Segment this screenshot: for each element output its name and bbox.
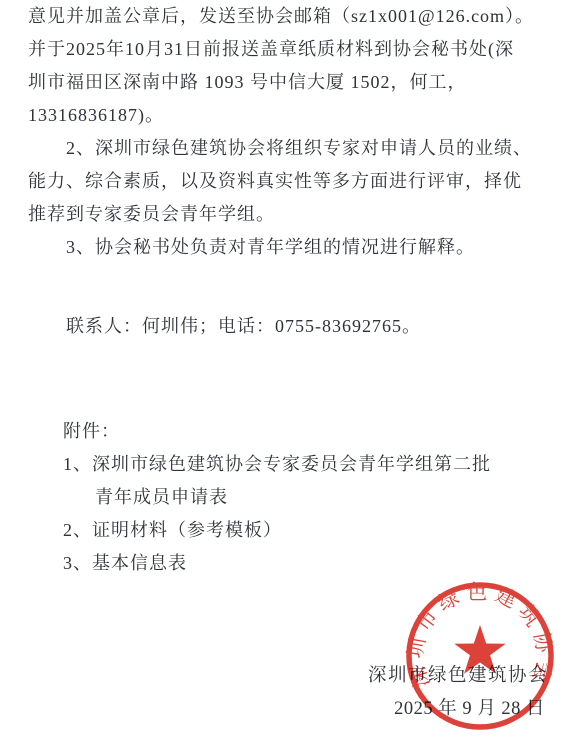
signature-org: 深圳市绿色建筑协会 <box>368 661 548 687</box>
body-line: 2、深圳市绿色建筑协会将组织专家对申请人员的业绩、 <box>28 132 558 165</box>
body-text: 意见并加盖公章后，发送至协会邮箱（sz1x001@126.com）。 并于202… <box>28 0 558 264</box>
attachment-item: 2、证明材料（参考模板） <box>63 514 563 547</box>
body-line: 13316836187)。 <box>28 99 558 132</box>
body-line: 意见并加盖公章后，发送至协会邮箱（sz1x001@126.com）。 <box>28 0 558 33</box>
contact-line: 联系人：何圳伟；电话：0755-83692765。 <box>28 310 558 343</box>
body-line: 圳市福田区深南中路 1093 号中信大厦 1502，何工， <box>28 66 558 99</box>
attachments-heading: 附件： <box>63 415 563 448</box>
attachment-item-continuation: 青年成员申请表 <box>95 481 563 514</box>
body-line: 并于2025年10月31日前报送盖章纸质材料到协会秘书处(深 <box>28 33 558 66</box>
document-page: 意见并加盖公章后，发送至协会邮箱（sz1x001@126.com）。 并于202… <box>0 0 580 755</box>
body-line: 能力、综合素质，以及资料真实性等多方面进行评审，择优 <box>28 165 558 198</box>
attachment-item: 3、基本信息表 <box>63 547 563 580</box>
attachments-list: 附件： 1、深圳市绿色建筑协会专家委员会青年学组第二批 青年成员申请表 2、证明… <box>63 415 563 580</box>
body-line: 推荐到专家委员会青年学组。 <box>28 198 558 231</box>
attachment-item: 1、深圳市绿色建筑协会专家委员会青年学组第二批 <box>63 448 563 481</box>
body-line: 3、协会秘书处负责对青年学组的情况进行解释。 <box>28 231 558 264</box>
signature-date: 2025 年 9 月 28 日 <box>394 694 545 720</box>
